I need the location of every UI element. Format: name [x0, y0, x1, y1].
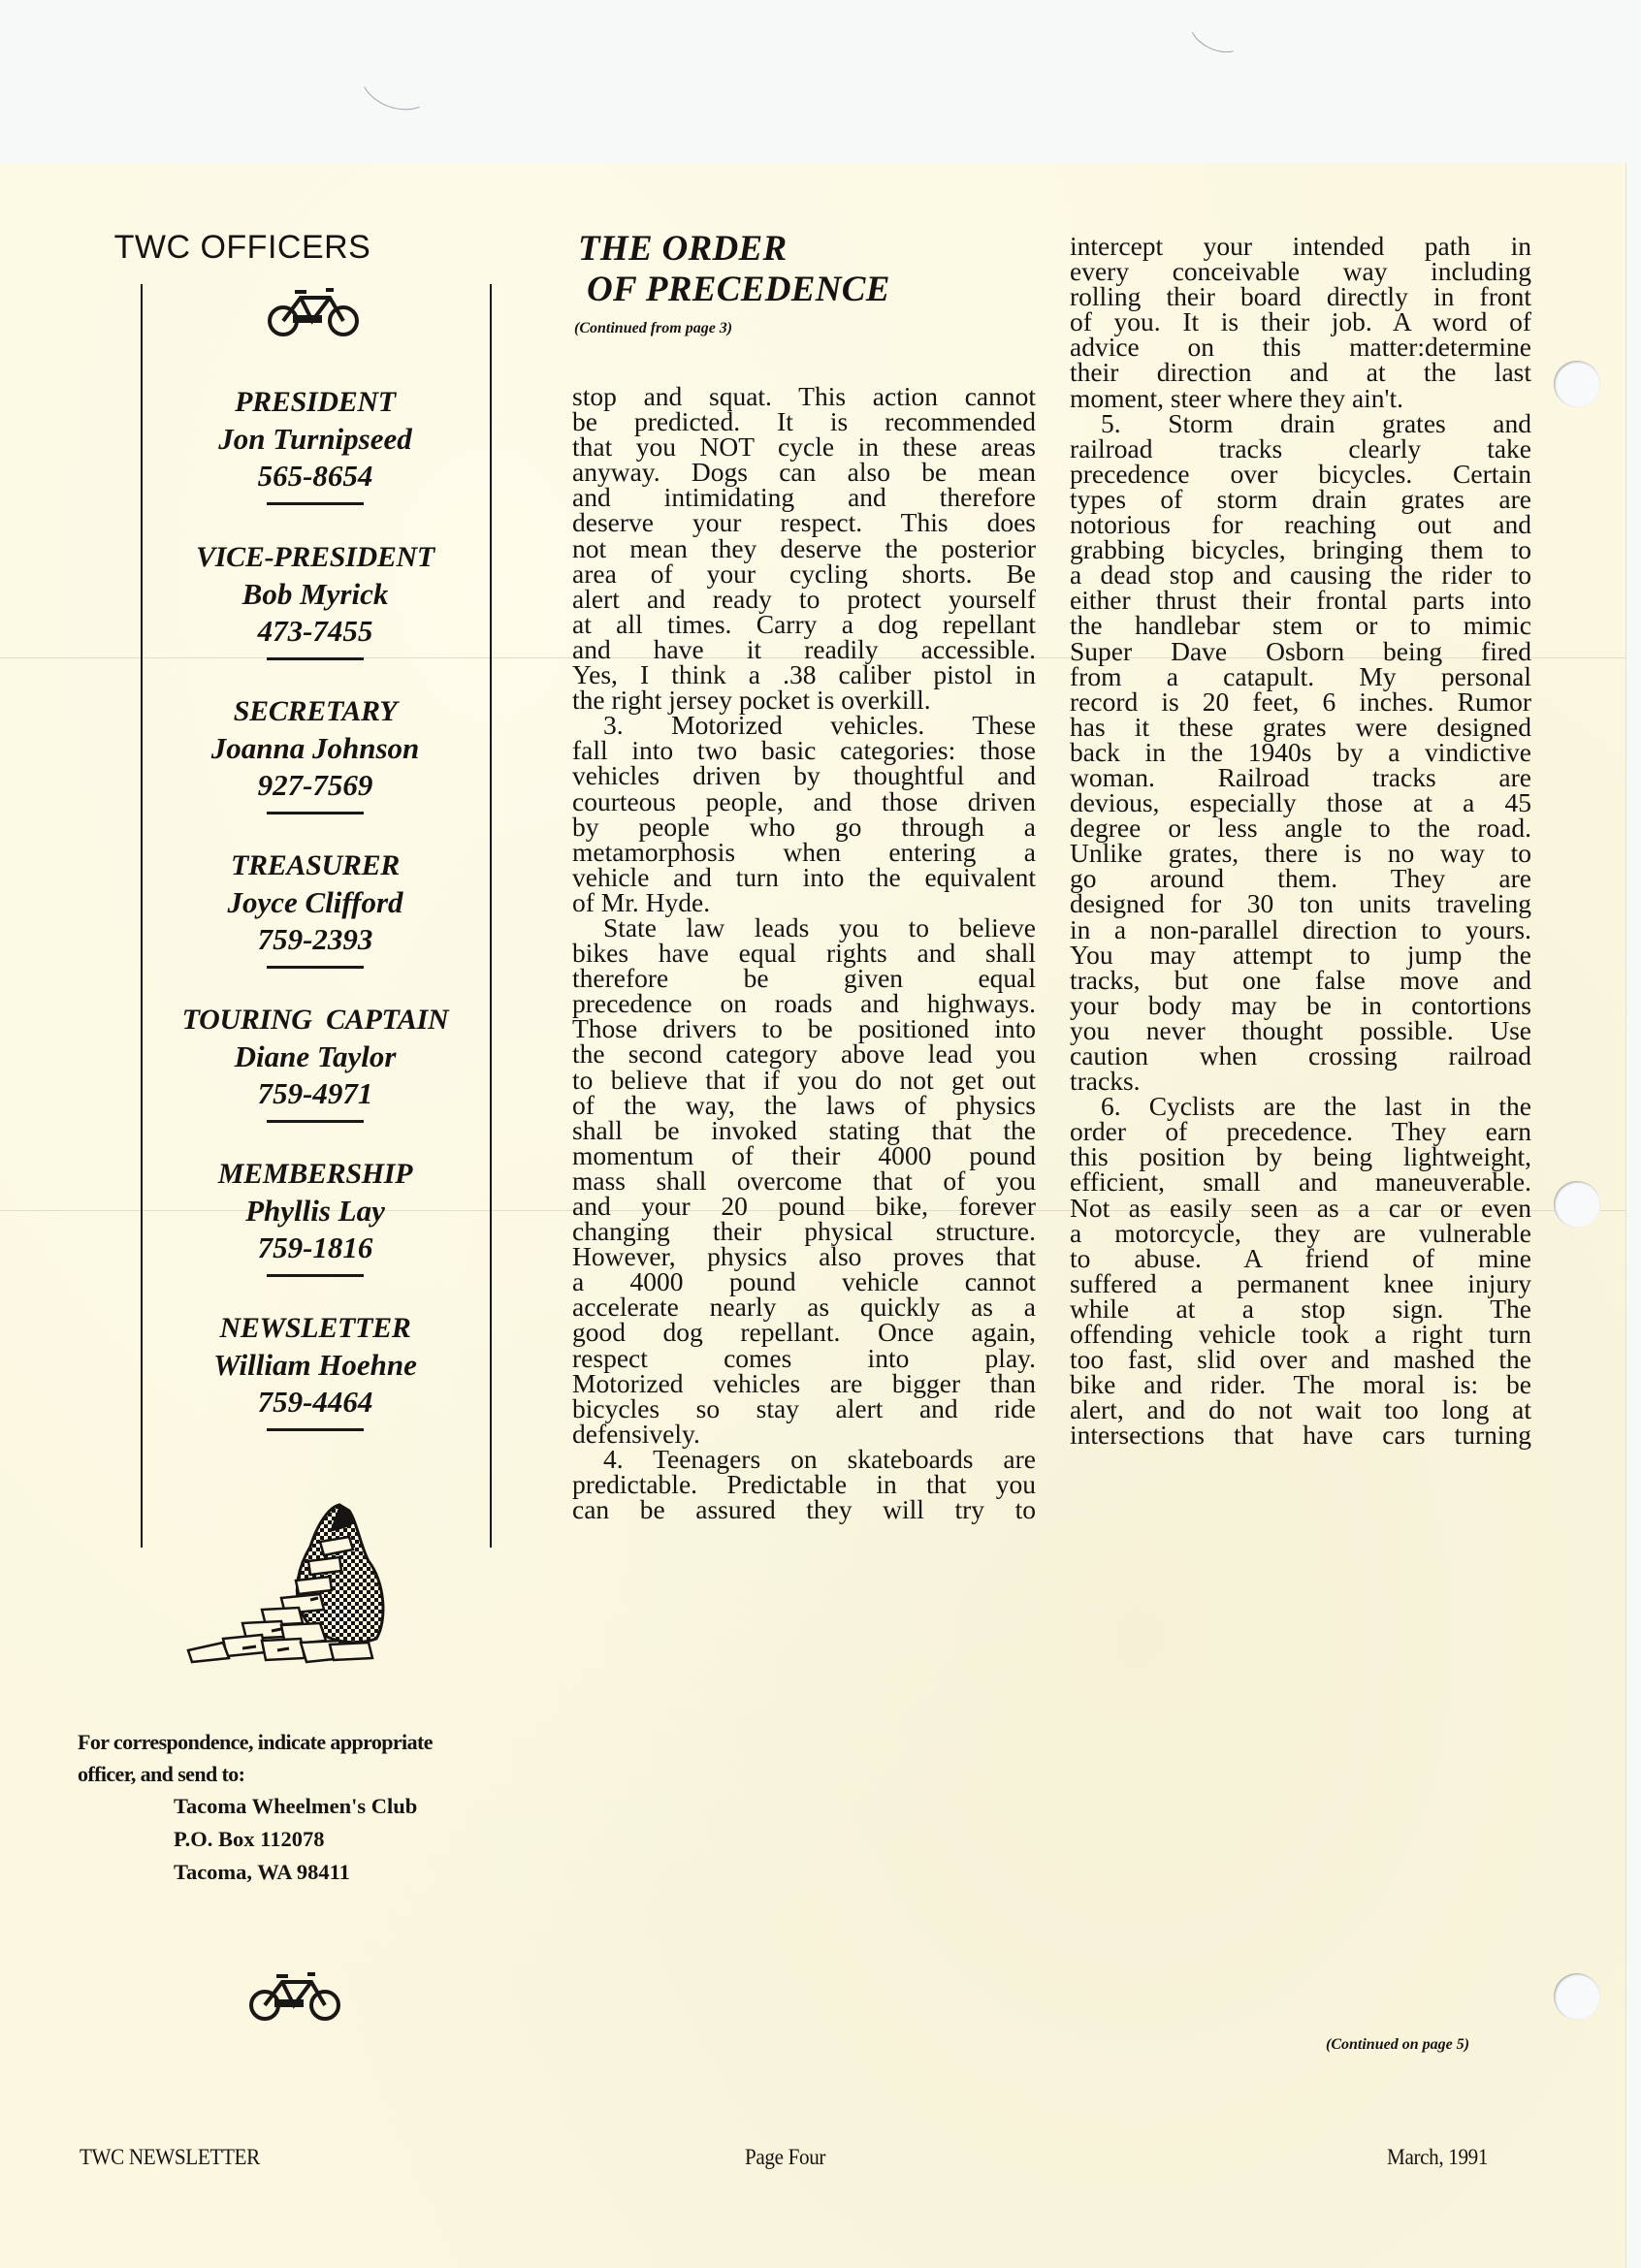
- article-title: THE ORDER OF PRECEDENCE: [578, 229, 890, 310]
- article-text-line: You may attempt to jump the: [1070, 942, 1531, 968]
- article-text-line: has it these grates were designed: [1070, 715, 1531, 740]
- bicycle-icon: [247, 1972, 344, 2023]
- article-text-line: vehicle and turn into the equivalent: [572, 865, 1036, 890]
- article-text-line: metamorphosis when entering a: [572, 840, 1036, 865]
- officer-phone: 759-4464: [141, 1384, 490, 1421]
- article-text-line: Super Dave Osborn being fired: [1070, 639, 1531, 664]
- article-text-line: vehicles driven by thoughtful and: [572, 763, 1036, 788]
- article-column-2: intercept your intended path inevery con…: [1070, 234, 1531, 1449]
- officer-membership: MEMBERSHIP Phyllis Lay 759-1816: [141, 1156, 490, 1277]
- article-text-line: intersections that have cars turning: [1070, 1422, 1531, 1448]
- officer-phone: 473-7455: [141, 613, 490, 650]
- article-text-line: from a catapult. My personal: [1070, 664, 1531, 689]
- article-text-line: alert and ready to protect yourself: [572, 587, 1036, 612]
- officer-name: Bob Myrick: [141, 576, 490, 613]
- scan-artifact: [351, 37, 446, 120]
- article-text-line: of the way, the laws of physics: [572, 1093, 1036, 1118]
- officer-role: SECRETARY: [141, 693, 490, 730]
- article-text-line: record is 20 feet, 6 inches. Rumor: [1070, 689, 1531, 715]
- officer-phone: 759-4971: [141, 1075, 490, 1112]
- article-text-line: Motorized vehicles are bigger than: [572, 1371, 1036, 1396]
- article-text-line: the second category above lead you: [572, 1041, 1036, 1067]
- article-text-line: can be assured they will try to: [572, 1497, 1036, 1522]
- hole-punch: [1554, 1973, 1600, 2020]
- officers-title: TWC OFFICERS: [97, 229, 388, 267]
- article-text-line: to believe that if you do not get out: [572, 1068, 1036, 1093]
- officer-phone: 927-7569: [141, 767, 490, 804]
- divider: [267, 1428, 364, 1431]
- bicycle-icon: [266, 288, 363, 338]
- city-state-zip: Tacoma, WA 98411: [78, 1856, 543, 1889]
- correspondence-intro: officer, and send to:: [78, 1758, 543, 1790]
- divider: [267, 1120, 364, 1123]
- article-text-line: area of your cycling shorts. Be: [572, 561, 1036, 587]
- article-text-line: courteous people, and those driven: [572, 789, 1036, 815]
- scan-artifact: [1182, 0, 1254, 61]
- continued-from-note: (Continued from page 3): [574, 320, 732, 337]
- officer-president: PRESIDENT Jon Turnipseed 565-8654: [141, 384, 490, 505]
- divider: [267, 812, 364, 815]
- officer-role: PRESIDENT: [141, 384, 490, 421]
- officer-name: Diane Taylor: [141, 1038, 490, 1075]
- article-text-line: respect comes into play.: [572, 1346, 1036, 1371]
- officer-role: TOURING CAPTAIN: [141, 1002, 490, 1038]
- article-text-line: to abuse. A friend of mine: [1070, 1246, 1531, 1271]
- continued-on-note: (Continued on page 5): [1326, 2036, 1469, 2054]
- divider: [267, 657, 364, 660]
- article-column-1: stop and squat. This action cannotbe pre…: [572, 384, 1036, 1522]
- officer-role: TREASURER: [141, 847, 490, 884]
- article-text-line: not mean they deserve the posterior: [572, 536, 1036, 561]
- hole-punch: [1554, 361, 1600, 407]
- officer-vice-president: VICE-PRESIDENT Bob Myrick 473-7455: [141, 539, 490, 660]
- article-text-line: tracks, but one false move and: [1070, 968, 1531, 993]
- article-text-line: the handlebar stem or to mimic: [1070, 613, 1531, 638]
- article-text-line: shall be invoked stating that the: [572, 1118, 1036, 1143]
- article-text-line: 5. Storm drain grates and: [1070, 411, 1531, 436]
- correspondence-intro: For correspondence, indicate appropriate: [78, 1726, 543, 1758]
- correspondence-info: For correspondence, indicate appropriate…: [78, 1726, 543, 1889]
- club-name: Tacoma Wheelmen's Club: [78, 1790, 543, 1823]
- footer-publication: TWC NEWSLETTER: [80, 2145, 260, 2170]
- article-text-line: efficient, small and maneuverable.: [1070, 1169, 1531, 1195]
- article-text-line: their direction and at the last: [1070, 360, 1531, 385]
- footer-page-number: Page Four: [745, 2145, 825, 2170]
- article-title-line1: THE ORDER: [578, 229, 890, 270]
- article-text-line: railroad tracks clearly take: [1070, 436, 1531, 462]
- article-text-line: bicycles so stay alert and ride: [572, 1396, 1036, 1421]
- article-text-line: Not as easily seen as a car or even: [1070, 1196, 1531, 1221]
- article-text-line: by people who go through a: [572, 815, 1036, 840]
- officer-name: Phyllis Lay: [141, 1193, 490, 1230]
- article-text-line: designed for 30 ton units traveling: [1070, 891, 1531, 916]
- po-box: P.O. Box 112078: [78, 1823, 543, 1856]
- officer-touring-captain: TOURING CAPTAIN Diane Taylor 759-4971: [141, 1002, 490, 1123]
- article-text-line: a motorcycle, they are vulnerable: [1070, 1221, 1531, 1246]
- article-text-line: your body may be in contortions: [1070, 993, 1531, 1018]
- footer-date: March, 1991: [1387, 2145, 1488, 2170]
- officer-name: Joanna Johnson: [141, 730, 490, 767]
- officer-role: VICE-PRESIDENT: [141, 539, 490, 576]
- officer-phone: 759-1816: [141, 1230, 490, 1266]
- article-text-line: deserve your respect. This does: [572, 510, 1036, 535]
- officer-treasurer: TREASURER Joyce Clifford 759-2393: [141, 847, 490, 969]
- divider: [267, 966, 364, 969]
- article-text-line: in a non-parallel direction to yours.: [1070, 917, 1531, 942]
- officer-name: William Hoehne: [141, 1347, 490, 1384]
- officer-phone: 759-2393: [141, 921, 490, 958]
- article-text-line: momentum of their 4000 pound: [572, 1143, 1036, 1168]
- mailbag-icon: [184, 1493, 388, 1668]
- officer-role: MEMBERSHIP: [141, 1156, 490, 1193]
- officer-secretary: SECRETARY Joanna Johnson 927-7569: [141, 693, 490, 815]
- officer-role: NEWSLETTER: [141, 1310, 490, 1347]
- article-text-line: good dog repellant. Once again,: [572, 1320, 1036, 1345]
- divider: [267, 1274, 364, 1277]
- officer-name: Joyce Clifford: [141, 884, 490, 921]
- officer-phone: 565-8654: [141, 458, 490, 495]
- box-right-border: [490, 284, 492, 1548]
- officer-name: Jon Turnipseed: [141, 421, 490, 458]
- article-text-line: moment, steer where they ain't.: [1070, 386, 1531, 411]
- article-title-line2: OF PRECEDENCE: [578, 270, 890, 310]
- officer-newsletter: NEWSLETTER William Hoehne 759-4464: [141, 1310, 490, 1431]
- divider: [267, 502, 364, 505]
- hole-punch: [1554, 1181, 1600, 1228]
